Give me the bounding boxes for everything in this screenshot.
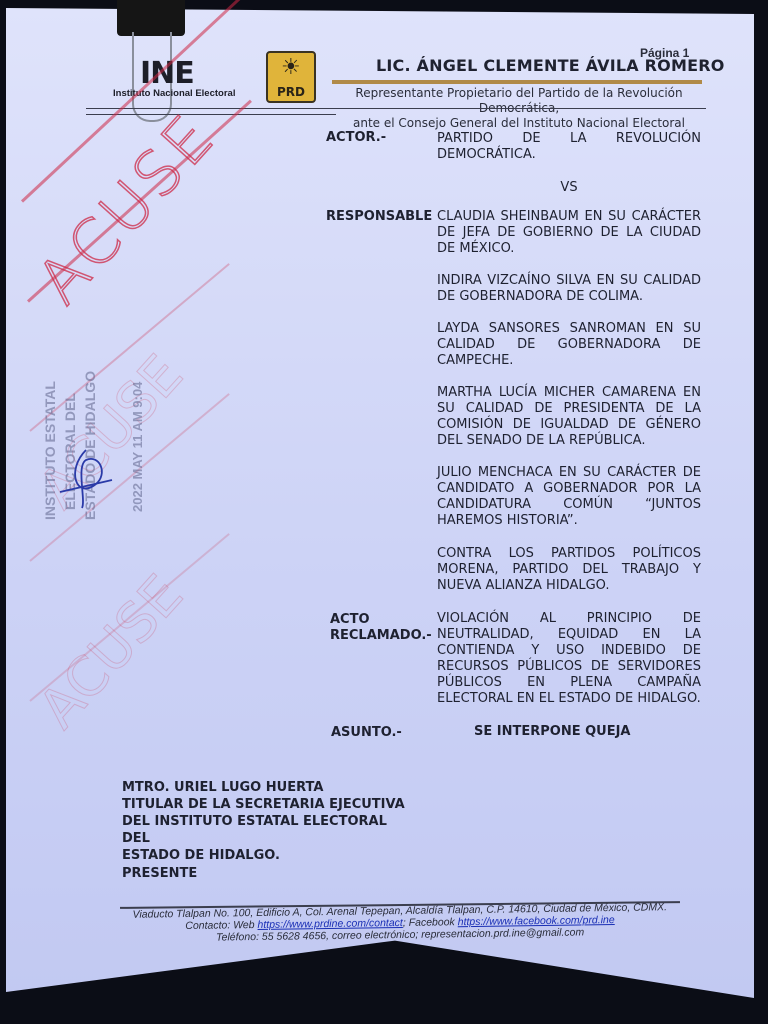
- addressee-line: MTRO. URIEL LUGO HUERTA: [122, 779, 414, 796]
- addressee-block: MTRO. URIEL LUGO HUERTA TITULAR DE LA SE…: [122, 779, 414, 864]
- binder-clip: [117, 0, 185, 36]
- date-stamp: 2022 MAY 11 AM 9:04: [130, 382, 145, 512]
- actor-label: ACTOR.-: [326, 130, 386, 145]
- header-rule: [86, 108, 706, 109]
- addressee-line: ESTADO DE HIDALGO.: [122, 847, 414, 864]
- signature: [56, 440, 116, 510]
- acto-label-line-1: ACTO: [330, 612, 370, 627]
- prd-logo-text: PRD: [268, 85, 314, 99]
- sender-title-line-1: Representante Propietario del Partido de…: [334, 86, 704, 116]
- responsable-item: CLAUDIA SHEINBAUM EN SU CARÁCTER DE JEFA…: [437, 209, 701, 257]
- asunto-label: ASUNTO.-: [331, 725, 402, 740]
- ine-logo-subtitle: Instituto Nacional Electoral: [113, 88, 235, 99]
- versus-text: VS: [437, 180, 701, 196]
- sender-name: LIC. ÁNGEL CLEMENTE ÁVILA ROMERO: [376, 56, 725, 75]
- ine-logo: INE: [140, 56, 194, 91]
- presente-text: PRESENTE: [122, 866, 197, 881]
- addressee-line: TITULAR DE LA SECRETARIA EJECUTIVA: [122, 796, 414, 813]
- addressee-line: DEL INSTITUTO ESTATAL ELECTORAL DEL: [122, 813, 414, 847]
- facebook-link[interactable]: https://www.facebook.com/prd.ine: [458, 914, 615, 928]
- prd-logo: ☀ PRD: [266, 51, 316, 103]
- header-rule-2: [86, 114, 336, 115]
- responsable-item: CONTRA LOS PARTIDOS POLÍTICOS MORENA, PA…: [437, 546, 701, 594]
- responsable-item: MARTHA LUCÍA MICHER CAMARENA EN SU CALID…: [437, 385, 701, 449]
- actor-text: PARTIDO DE LA REVOLUCIÓN DEMOCRÁTICA.: [437, 131, 701, 163]
- sender-title-line-2: ante el Consejo General del Instituto Na…: [334, 116, 704, 131]
- responsable-label: RESPONSABLE: [326, 209, 432, 224]
- asunto-text: SE INTERPONE QUEJA: [474, 724, 631, 739]
- acto-label-line-2: RECLAMADO.-: [330, 628, 432, 643]
- responsable-item: INDIRA VIZCAÍNO SILVA EN SU CALIDAD DE G…: [437, 273, 701, 305]
- acto-text: VIOLACIÓN AL PRINCIPIO DE NEUTRALIDAD, E…: [437, 611, 701, 707]
- footer-contact: Viaducto Tlalpan No. 100, Edificio A, Co…: [130, 901, 670, 945]
- header-accent-bar: [332, 80, 702, 84]
- responsable-item: LAYDA SANSORES SANROMAN EN SU CALIDAD DE…: [437, 321, 701, 369]
- sun-icon: ☀: [281, 57, 301, 79]
- responsable-item: JULIO MENCHACA EN SU CARÁCTER DE CANDIDA…: [437, 465, 701, 529]
